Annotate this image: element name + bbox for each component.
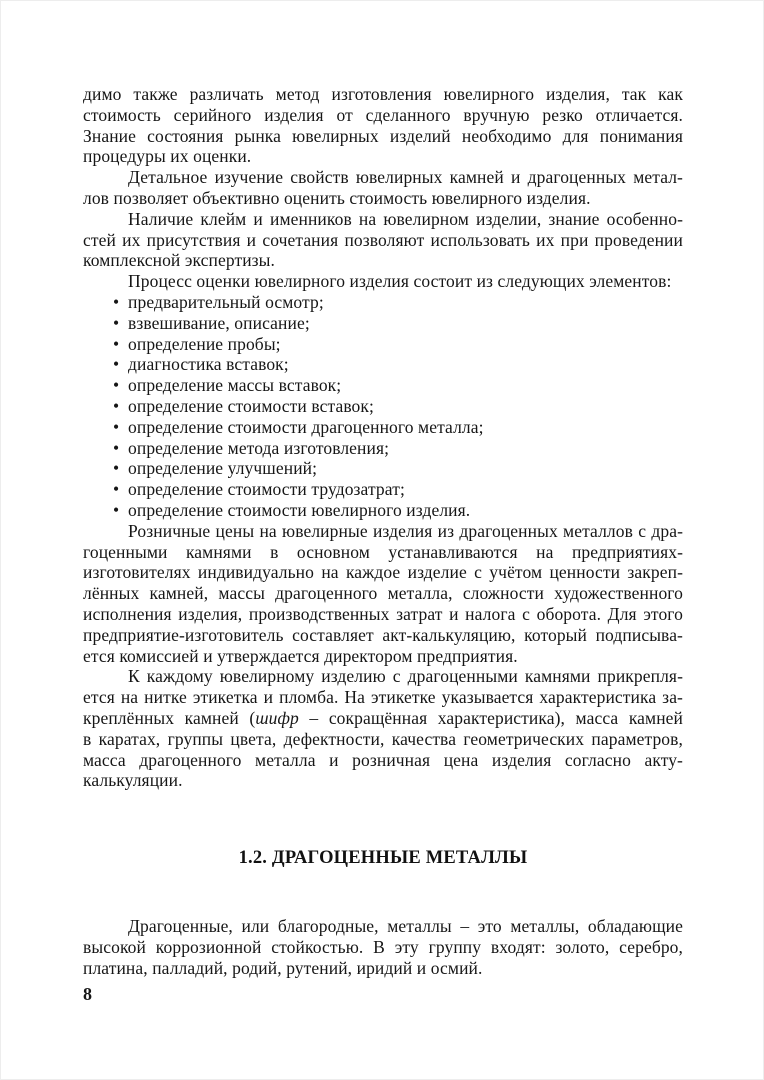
bullet-icon: • bbox=[113, 396, 119, 417]
text-line: Детальное изучение свойств ювелирных кам… bbox=[83, 167, 683, 188]
text-line: стоимость серийного изделия от сделанног… bbox=[83, 105, 683, 126]
metals-paragraphs: Драгоценные, или благородные, металлы – … bbox=[83, 916, 683, 978]
text-line: Знание состояния рынка ювелирных изделий… bbox=[83, 126, 683, 147]
bullet-icon: • bbox=[113, 313, 119, 334]
list-item-text: диагностика вставок; bbox=[128, 354, 289, 374]
text-line: калькуляции. bbox=[83, 770, 683, 791]
text-line: в каратах, группы цвета, дефектности, ка… bbox=[83, 729, 683, 750]
list-item: •взвешивание, описание; bbox=[83, 313, 683, 334]
bullet-icon: • bbox=[113, 417, 119, 438]
text-line: исполнения изделия, производственных зат… bbox=[83, 604, 683, 625]
list-item: •определение стоимости вставок; bbox=[83, 396, 683, 417]
text-line: лов позволяет объективно оценить стоимос… bbox=[83, 188, 683, 209]
list-item: •определение метода изготовления; bbox=[83, 438, 683, 459]
text-line: гоценными камнями в основном устанавлива… bbox=[83, 542, 683, 563]
text-line: димо также различать метод изготовления … bbox=[83, 84, 683, 105]
list-item-text: определение стоимости вставок; bbox=[128, 396, 374, 416]
text-line: К каждому ювелирному изделию с драгоценн… bbox=[83, 666, 683, 687]
text-line: комплексной экспертизы. bbox=[83, 250, 683, 271]
list-item: •определение стоимости ювелирного издели… bbox=[83, 500, 683, 521]
bullet-icon: • bbox=[113, 334, 119, 355]
text-line: предприятие-изготовитель составляет акт-… bbox=[83, 625, 683, 646]
bullet-icon: • bbox=[113, 354, 119, 375]
list-item: •определение массы вставок; bbox=[83, 375, 683, 396]
text-line: Розничные цены на ювелирные изделия из д… bbox=[83, 521, 683, 542]
text-line: креплённых камней (шифр – сокращённая ха… bbox=[83, 708, 683, 729]
evaluation-steps-list: •предварительный осмотр;•взвешивание, оп… bbox=[83, 292, 683, 521]
bullet-icon: • bbox=[113, 458, 119, 479]
list-item-text: определение улучшений; bbox=[128, 458, 317, 478]
text-line: процедуры их оценки. bbox=[83, 146, 683, 167]
list-item-text: определение метода изготовления; bbox=[128, 438, 389, 458]
intro-paragraphs: димо также различать метод изготовления … bbox=[83, 84, 683, 292]
page-number: 8 bbox=[83, 984, 92, 1005]
list-item-text: определение стоимости ювелирного изделия… bbox=[128, 500, 470, 520]
pricing-paragraphs: Розничные цены на ювелирные изделия из д… bbox=[83, 521, 683, 791]
page-body: димо также различать метод изготовления … bbox=[83, 84, 683, 978]
text-line: ется на нитке этикетка и пломба. На этик… bbox=[83, 687, 683, 708]
text-line: масса драгоценного металла и розничная ц… bbox=[83, 750, 683, 771]
paragraph: Процесс оценки ювелирного изделия состои… bbox=[83, 271, 683, 292]
paragraph: К каждому ювелирному изделию с драгоценн… bbox=[83, 666, 683, 791]
text-line: стей их присутствия и сочетания позволяю… bbox=[83, 230, 683, 251]
list-item: •определение пробы; bbox=[83, 334, 683, 355]
paragraph: димо также различать метод изготовления … bbox=[83, 84, 683, 167]
text-line: высокой коррозионной стойкостью. В эту г… bbox=[83, 937, 683, 958]
list-item-text: предварительный осмотр; bbox=[128, 292, 324, 312]
list-item-text: взвешивание, описание; bbox=[128, 313, 310, 333]
list-item: •предварительный осмотр; bbox=[83, 292, 683, 313]
paragraph: Детальное изучение свойств ювелирных кам… bbox=[83, 167, 683, 209]
paragraph: Розничные цены на ювелирные изделия из д… bbox=[83, 521, 683, 667]
bullet-icon: • bbox=[113, 438, 119, 459]
list-item-text: определение массы вставок; bbox=[128, 375, 341, 395]
text-line: лённых камней, массы драгоценного металл… bbox=[83, 583, 683, 604]
text-line: изготовителях индивидуально на каждое из… bbox=[83, 562, 683, 583]
text-line: платина, палладий, родий, рутений, ириди… bbox=[83, 958, 683, 979]
list-item: •определение стоимости драгоценного мета… bbox=[83, 417, 683, 438]
paragraph: Наличие клейм и именников на ювелирном и… bbox=[83, 209, 683, 271]
list-item-text: определение стоимости драгоценного метал… bbox=[128, 417, 484, 437]
text-line: Наличие клейм и именников на ювелирном и… bbox=[83, 209, 683, 230]
text-line: Драгоценные, или благородные, металлы – … bbox=[83, 916, 683, 937]
bullet-icon: • bbox=[113, 479, 119, 500]
text-line: Процесс оценки ювелирного изделия состои… bbox=[83, 271, 683, 292]
list-item: •определение улучшений; bbox=[83, 458, 683, 479]
list-item: •диагностика вставок; bbox=[83, 354, 683, 375]
text-line: ется комиссией и утверждается директором… bbox=[83, 646, 683, 667]
bullet-icon: • bbox=[113, 375, 119, 396]
paragraph: Драгоценные, или благородные, металлы – … bbox=[83, 916, 683, 978]
book-page: димо также различать метод изготовления … bbox=[0, 0, 764, 1080]
section-heading: 1.2. ДРАГОЦЕННЫЕ МЕТАЛЛЫ bbox=[83, 846, 683, 870]
list-item-text: определение пробы; bbox=[128, 334, 281, 354]
bullet-icon: • bbox=[113, 292, 119, 313]
list-item: •определение стоимости трудозатрат; bbox=[83, 479, 683, 500]
list-item-text: определение стоимости трудозатрат; bbox=[128, 479, 405, 499]
bullet-icon: • bbox=[113, 500, 119, 521]
